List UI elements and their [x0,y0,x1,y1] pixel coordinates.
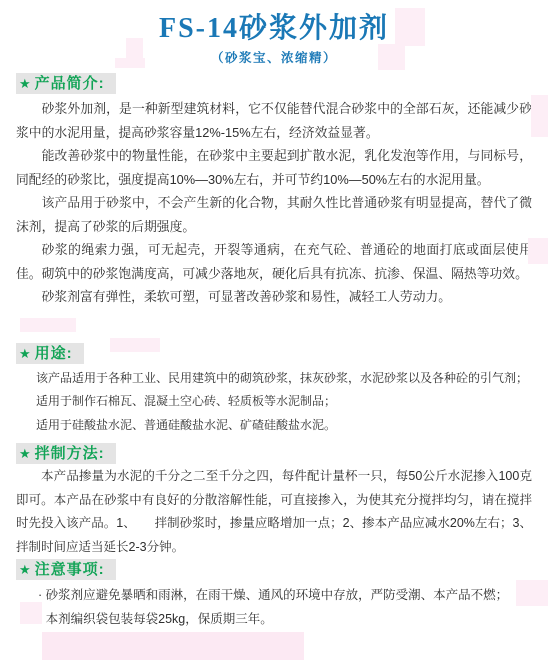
usage-line: 该产品适用于各种工业、民用建筑中的砌筑砂浆，抹灰砂浆，水泥砂浆以及各种砼的引气剂… [16,367,532,391]
notes-section: · 砂浆剂应避免暴晒和雨淋，在雨干燥、通风的环境中存放，严防受潮、本产品不燃； … [0,584,548,630]
intro-paragraph: 该产品用于砂浆中，不会产生新的化合物，其耐久性比普通砂浆有明显提高，替代了微沫剂… [16,191,532,238]
star-icon: ★ [19,562,32,577]
page-title: FS-14砂浆外加剂 [0,12,548,46]
section-heading-usage: ★用途: [16,343,84,364]
section-heading-intro: ★产品简介: [16,73,116,94]
section-heading-usage-label: 用途: [35,345,73,362]
intro-paragraph: 砂浆外加剂，是一种新型建筑材料，它不仅能替代混合砂浆中的全部石灰，还能减少砂浆中… [16,97,532,144]
star-icon: ★ [19,346,32,361]
note-bullet-item: · 本剂编织袋包装每袋25kg，保质期三年。 [16,608,532,630]
star-icon: ★ [19,76,32,91]
section-heading-notes-label: 注意事项: [35,561,105,578]
intro-paragraph: 砂浆剂富有弹性，柔软可塑，可显著改善砂浆和易性，减轻工人劳动力。 [16,285,532,309]
section-heading-row-usage: ★用途: [16,343,548,364]
star-icon: ★ [19,446,32,461]
section-heading-row-method: ★拌制方法: [16,443,548,464]
intro-section: 砂浆外加剂，是一种新型建筑材料，它不仅能替代混合砂浆中的全部石灰，还能减少砂浆中… [0,97,548,309]
section-heading-intro-label: 产品简介: [35,75,105,92]
method-paragraph: 本产品掺量为水泥的千分之二至千分之四，每件配计量杯一只，每50公斤水泥掺入100… [16,465,532,559]
intro-paragraph: 砂浆的绳索力强，可无起壳，开裂等通病，在充气砼、普通砼的地面打底或面层使用佳。砌… [16,238,532,285]
section-heading-row-intro: ★产品简介: [16,73,548,94]
section-heading-method: ★拌制方法: [16,443,116,464]
method-section: 本产品掺量为水泥的千分之二至千分之四，每件配计量杯一只，每50公斤水泥掺入100… [0,465,548,559]
usage-line: 适用于硅酸盐水泥、普通硅酸盐水泥、矿碴硅酸盐水泥。 [16,414,532,438]
pink-watermark-patch [42,632,304,660]
note-bullet-item: · 砂浆剂应避免暴晒和雨淋，在雨干燥、通风的环境中存放，严防受潮、本产品不燃； [16,584,532,606]
pink-watermark-patch [20,318,76,332]
section-heading-method-label: 拌制方法: [35,445,105,462]
usage-section: 该产品适用于各种工业、民用建筑中的砌筑砂浆，抹灰砂浆，水泥砂浆以及各种砼的引气剂… [0,367,548,438]
intro-paragraph: 能改善砂浆中的物量性能，在砂浆中主要起到扩散水泥，乳化发泡等作用，与同标号，同配… [16,144,532,191]
section-heading-row-notes: ★注意事项: [16,559,548,580]
page-subtitle: （砂浆宝、浓缩精） [0,50,548,66]
section-heading-notes: ★注意事项: [16,559,116,580]
usage-line: 适用于制作石棉瓦、混凝土空心砖、轻质板等水泥制品； [16,390,532,414]
product-leaflet: FS-14砂浆外加剂 （砂浆宝、浓缩精） ★产品简介: 砂浆外加剂，是一种新型建… [0,0,548,667]
